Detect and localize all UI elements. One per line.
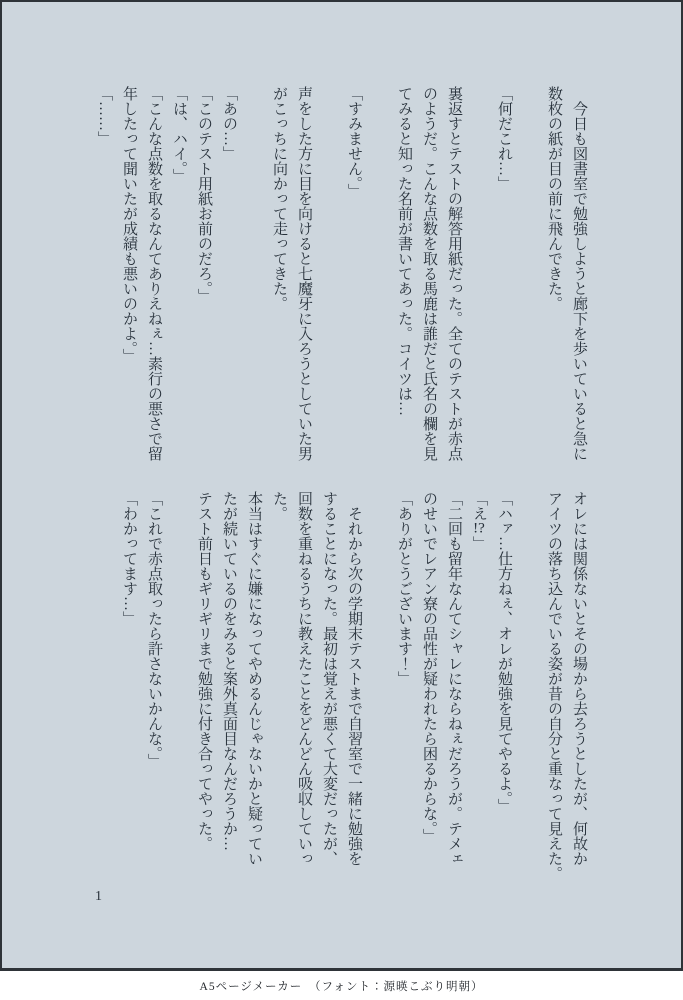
text-line: 本当はすぐに嫌になってやめるんじゃないかと疑ってい — [241, 491, 266, 873]
text-line — [516, 491, 541, 873]
text-line: アイツの落ち込んでいる姿が昔の自分と重なって見えた。 — [541, 491, 566, 873]
text-line — [166, 491, 191, 873]
text-line — [466, 86, 491, 468]
text-line: オレには関係ないとその場から去ろうとしたが、何故か — [566, 491, 591, 873]
text-line: することになった。最初は覚えが悪くて大変だったが、 — [316, 491, 341, 873]
novel-page: 今日も図書室で勉強しようと廊下を歩いていると急に数枚の紙が目の前に飛んできた。 … — [0, 0, 683, 971]
text-line: 数枚の紙が目の前に飛んできた。 — [541, 86, 566, 468]
text-line — [366, 491, 391, 873]
footer-bar: A5ページメーカー （フォント：源暎こぶり明朝） — [0, 971, 683, 1000]
text-line — [316, 86, 341, 468]
text-line: 「ハァ…仕方ねぇ、オレが勉強を見てやるよ。」 — [491, 491, 516, 873]
text-line: のようだ。こんな点数を取る馬鹿は誰だと氏名の欄を見 — [416, 86, 441, 468]
text-line: てみると知った名前が書いてあった。コイツは… — [391, 86, 416, 468]
text-line: 「……」 — [91, 86, 116, 468]
text-line: 「このテスト用紙お前のだろ。」 — [191, 86, 216, 468]
text-line: 「二回も留年なんてシャレにならねぇだろうが。テメェ — [441, 491, 466, 873]
text-line: 「は、ハイ。」 — [166, 86, 191, 468]
text-line: た。 — [266, 491, 291, 873]
screenshot-canvas: 今日も図書室で勉強しようと廊下を歩いていると急に数枚の紙が目の前に飛んできた。 … — [0, 0, 683, 1000]
text-line: 「これで赤点取ったら許さないかんな。」 — [141, 491, 166, 873]
vertical-text-block-top: 今日も図書室で勉強しようと廊下を歩いていると急に数枚の紙が目の前に飛んできた。 … — [91, 86, 591, 468]
text-line: 声をした方に目を向けると七魔牙に入ろうとしていた男 — [291, 86, 316, 468]
page-number: 1 — [95, 889, 102, 905]
tatechuyoko-text: !? — [471, 521, 487, 536]
text-line: 「え!?」 — [466, 491, 491, 873]
text-line: 「こんな点数を取るなんてありえねぇ…素行の悪さで留 — [141, 86, 166, 468]
text-line: 今日も図書室で勉強しようと廊下を歩いていると急に — [566, 86, 591, 468]
text-line: 年したって聞いたが成績も悪いのかよ。」 — [116, 86, 141, 468]
vertical-text-block-bottom: オレには関係ないとその場から去ろうとしたが、何故かアイツの落ち込んでいる姿が昔の… — [116, 491, 591, 873]
text-line: 「あの…」 — [216, 86, 241, 468]
text-line: 裏返すとテストの解答用紙だった。全てのテストが赤点 — [441, 86, 466, 468]
text-line: テスト前日もギリギリまで勉強に付き合ってやった。 — [191, 491, 216, 873]
text-line: 「わかってます…」 — [116, 491, 141, 873]
text-line: がこっちに向かって走ってきた。 — [266, 86, 291, 468]
text-line — [241, 86, 266, 468]
text-line: 回数を重ねるうちに教えたことをどんどん吸収していっ — [291, 491, 316, 873]
text-line: のせいでレアン寮の品性が疑われたら困るからな。」 — [416, 491, 441, 873]
text-line — [516, 86, 541, 468]
text-line — [366, 86, 391, 468]
text-line: 「何だこれ…」 — [491, 86, 516, 468]
footer-caption: A5ページメーカー （フォント：源暎こぶり明朝） — [200, 978, 484, 994]
text-line: それから次の学期末テストまで自習室で一緒に勉強を — [341, 491, 366, 873]
text-line: 「すみません。」 — [341, 86, 366, 468]
text-line: たが続いているのをみると案外真面目なんだろうか… — [216, 491, 241, 873]
text-line: 「ありがとうございます！」 — [391, 491, 416, 873]
